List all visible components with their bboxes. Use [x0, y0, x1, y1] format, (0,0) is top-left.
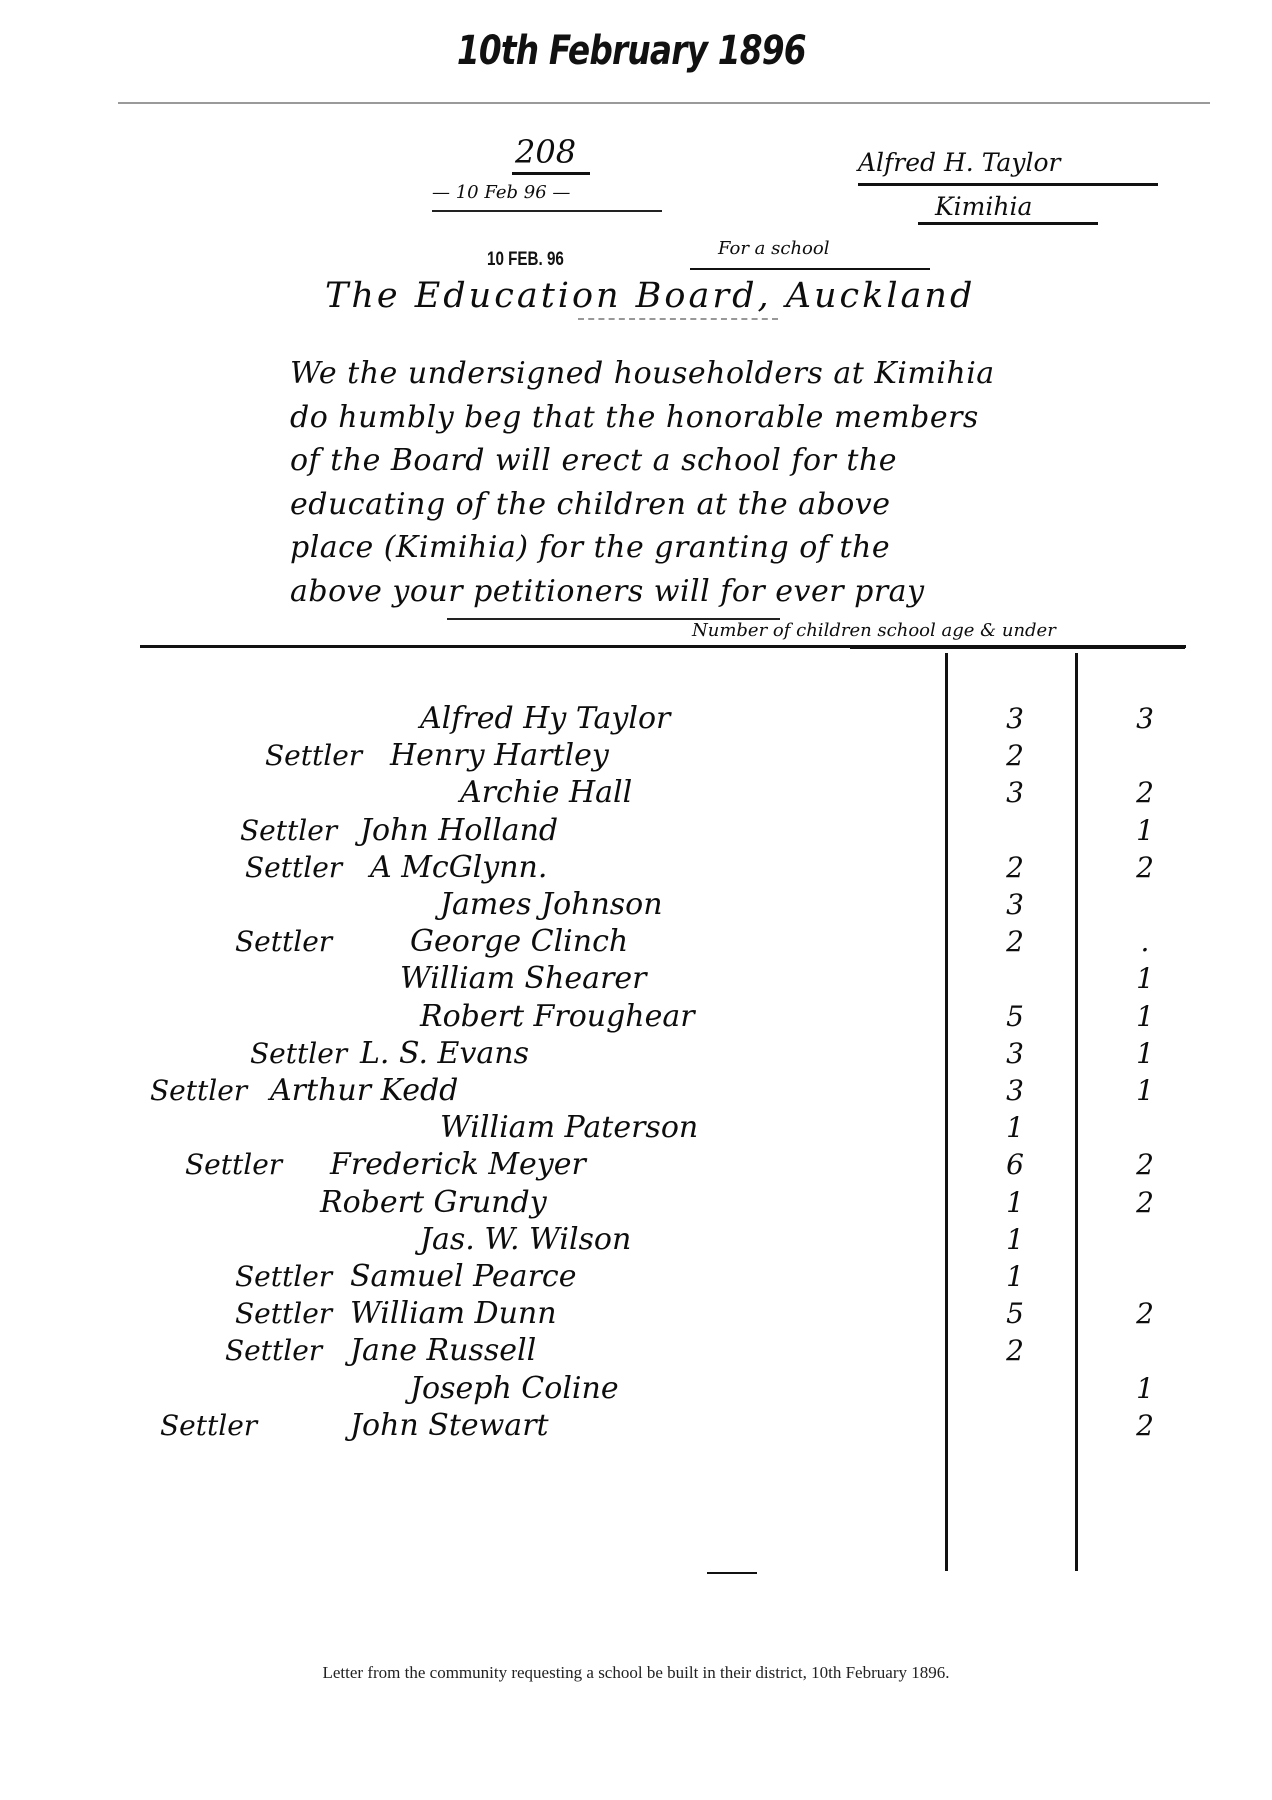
under-age-count: 2 [1115, 1184, 1175, 1221]
petition-line: place (Kimihia) for the granting of the [290, 526, 1170, 570]
school-age-count: 2 [985, 1332, 1045, 1369]
signatory-name: William Dunn [350, 1295, 557, 1332]
under-age-count: 1 [1115, 812, 1175, 849]
table-row: Robert Grundy12 [0, 1184, 1272, 1221]
signatory-role: Settler [185, 1146, 282, 1183]
under-age-count: 1 [1115, 1370, 1175, 1407]
school-age-count: 2 [985, 923, 1045, 960]
signatory-role: Settler [265, 737, 362, 774]
petition-line: of the Board will erect a school for the [290, 439, 1170, 483]
signatory-name: A McGlynn. [370, 849, 547, 886]
table-row: William Paterson1 [0, 1109, 1272, 1146]
table-row: SettlerJane Russell2 [0, 1332, 1272, 1369]
school-age-count: 3 [985, 774, 1045, 811]
table-row: Robert Froughear51 [0, 998, 1272, 1035]
table-row: SettlerSamuel Pearce1 [0, 1258, 1272, 1295]
column-header-underline [850, 647, 1185, 649]
signatory-name: Joseph Coline [410, 1370, 619, 1407]
signatory-role: Settler [240, 812, 337, 849]
signatory-name: Frederick Meyer [330, 1146, 586, 1183]
signatory-name: Robert Froughear [420, 998, 695, 1035]
signatory-role: Settler [160, 1407, 257, 1444]
petition-line: educating of the children at the above [290, 483, 1170, 527]
table-row: SettlerFrederick Meyer62 [0, 1146, 1272, 1183]
table-row: Joseph Coline1 [0, 1370, 1272, 1407]
table-row: SettlerGeorge Clinch2. [0, 923, 1272, 960]
column-header: Number of children school age & under [692, 620, 1056, 641]
signatory-name: Samuel Pearce [350, 1258, 576, 1295]
school-age-count: 1 [985, 1109, 1045, 1146]
annotation-underline [690, 268, 930, 270]
signatory-name: Jas. W. Wilson [420, 1221, 631, 1258]
petition-body: We the undersigned householders at Kimih… [290, 352, 1170, 613]
table-row: SettlerA McGlynn.22 [0, 849, 1272, 886]
school-age-count: 3 [985, 1072, 1045, 1109]
school-age-count: 5 [985, 1295, 1045, 1332]
school-age-count: 2 [985, 849, 1045, 886]
under-age-count: 2 [1115, 774, 1175, 811]
table-row: SettlerHenry Hartley2 [0, 737, 1272, 774]
school-age-count: 5 [985, 998, 1045, 1035]
signatory-role: Settler [235, 1295, 332, 1332]
sender-place-underline [918, 222, 1098, 225]
under-age-count: 1 [1115, 1035, 1175, 1072]
under-age-count: 2 [1115, 1146, 1175, 1183]
page-title: 10th February 1896 [110, 28, 1153, 74]
under-age-count: . [1115, 923, 1175, 960]
under-age-count: 3 [1115, 700, 1175, 737]
petition-line: do humbly beg that the honorable members [290, 396, 1170, 440]
signatory-name: William Shearer [400, 960, 647, 997]
school-age-count: 3 [985, 1035, 1045, 1072]
under-age-count: 2 [1115, 1295, 1175, 1332]
under-age-count: 1 [1115, 998, 1175, 1035]
school-age-count: 1 [985, 1258, 1045, 1295]
signatory-role: Settler [150, 1072, 247, 1109]
table-row: SettlerL. S. Evans31 [0, 1035, 1272, 1072]
reference-underline [512, 172, 590, 175]
school-age-count: 1 [985, 1221, 1045, 1258]
table-row: SettlerWilliam Dunn52 [0, 1295, 1272, 1332]
petition-line: above your petitioners will for ever pra… [290, 570, 1170, 614]
sender-name: Alfred H. Taylor [858, 148, 1060, 177]
table-row: SettlerArthur Kedd31 [0, 1072, 1272, 1109]
addressee: The Education Board, Auckland [325, 276, 975, 316]
received-stamp: 10 FEB. 96 [487, 249, 564, 271]
table-row: SettlerJohn Stewart2 [0, 1407, 1272, 1444]
title-divider [118, 102, 1210, 104]
signatory-name: L. S. Evans [360, 1035, 529, 1072]
sender-place: Kimihia [935, 192, 1032, 221]
faint-marks [578, 318, 778, 322]
signatory-name: Henry Hartley [390, 737, 609, 774]
signatory-role: Settler [235, 923, 332, 960]
annotation: For a school [718, 238, 829, 259]
signatory-name: Archie Hall [460, 774, 632, 811]
signatory-role: Settler [245, 849, 342, 886]
under-age-count: 2 [1115, 849, 1175, 886]
closing-mark [707, 1572, 757, 1574]
signatory-name: William Paterson [440, 1109, 698, 1146]
school-age-count: 6 [985, 1146, 1045, 1183]
signatory-role: Settler [235, 1258, 332, 1295]
reference-number: 208 [515, 133, 576, 171]
signatory-role: Settler [225, 1332, 322, 1369]
signatory-name: James Johnson [440, 886, 663, 923]
registered-date-underline [432, 210, 662, 212]
under-age-count: 1 [1115, 960, 1175, 997]
under-age-count: 2 [1115, 1407, 1175, 1444]
signatory-name: Alfred Hy Taylor [420, 700, 670, 737]
signatory-name: Jane Russell [350, 1332, 536, 1369]
figure-caption: Letter from the community requesting a s… [0, 1663, 1272, 1683]
signatory-role: Settler [250, 1035, 347, 1072]
petitioners-underline [447, 618, 627, 620]
school-age-count: 3 [985, 886, 1045, 923]
signatory-name: George Clinch [410, 923, 628, 960]
school-age-count: 1 [985, 1184, 1045, 1221]
signatory-name: Robert Grundy [320, 1184, 547, 1221]
table-row: SettlerJohn Holland1 [0, 812, 1272, 849]
table-row: Alfred Hy Taylor33 [0, 700, 1272, 737]
registered-date: — 10 Feb 96 — [432, 182, 570, 203]
table-row: William Shearer1 [0, 960, 1272, 997]
school-age-count: 3 [985, 700, 1045, 737]
table-row: Archie Hall32 [0, 774, 1272, 811]
table-row: James Johnson3 [0, 886, 1272, 923]
signatory-name: Arthur Kedd [270, 1072, 458, 1109]
school-age-count: 2 [985, 737, 1045, 774]
table-row: Jas. W. Wilson1 [0, 1221, 1272, 1258]
petition-line: We the undersigned householders at Kimih… [290, 352, 1170, 396]
sender-name-underline [858, 183, 1158, 186]
under-age-count: 1 [1115, 1072, 1175, 1109]
signatory-name: John Holland [360, 812, 558, 849]
signatory-name: John Stewart [350, 1407, 549, 1444]
